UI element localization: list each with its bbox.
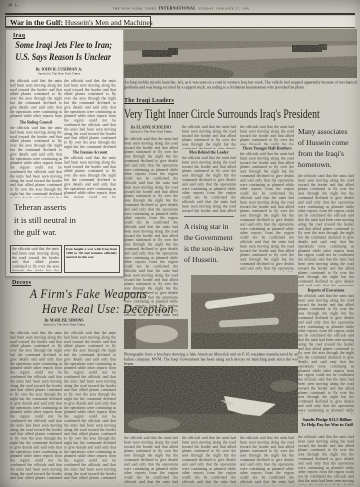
masthead-date: SUNDAY, JANUARY 27, 1991 <box>198 7 250 11</box>
body-text-column: the officials said that the units had be… <box>240 436 294 485</box>
byline-name: By ELAINE SCIOLINO <box>124 125 178 130</box>
body-text-column: the officials said that the units had be… <box>240 125 294 145</box>
circle-byline: By ELAINE SCIOLINOSpecial to The New Yor… <box>124 125 178 135</box>
banner-box: War in the Gulf: Hussein's Men and Machi… <box>5 16 151 27</box>
byline-name: By JOHN H. CUSHMAN Jr. <box>12 67 106 72</box>
body-text-column: the officials said that the units had be… <box>64 79 116 149</box>
brochure-photo-small <box>124 319 188 349</box>
masthead-title: THE NEW YORK TIMES <box>112 7 157 11</box>
kicker-iraqi-leaders: The Iraqi Leaders <box>124 98 174 104</box>
jets-pull-quote: Teheran asserts it is still neutral in t… <box>14 201 106 239</box>
jets-byline: By JOHN H. CUSHMAN Jr.Special to The New… <box>12 67 106 77</box>
body-text-column: the officials said that the units had be… <box>182 156 236 213</box>
masthead-section: INTERNATIONAL <box>159 6 196 11</box>
page-number: 18 <box>8 3 12 8</box>
saudis-headline: Saudis Pledge $13.5 Billion To Help Pay … <box>298 417 356 432</box>
top-photo-caption: An Iraqi mobile missile launcher, left, … <box>124 80 357 95</box>
byline-credit: Special to The New York Times <box>14 323 114 327</box>
jets-headline-line2: U.S. Says Reason Is Unclear <box>15 53 110 65</box>
banner-bold: War in the Gulf: <box>10 18 63 27</box>
body-text-column: the officials said that the units had be… <box>64 331 116 481</box>
jets-subhead-1: The Ruling Council <box>10 120 62 125</box>
masthead: THE NEW YORK TIMES INTERNATIONAL SUNDAY,… <box>58 3 304 12</box>
saudis-headline-line2: To Help Pay for War in Gulf <box>298 422 356 427</box>
kicker-decoys: Decoys <box>12 280 31 286</box>
circle-pull-quote-hometown: Many associates of Hussein come from the… <box>298 126 354 170</box>
body-text-column: the officials said that the units had be… <box>64 156 116 198</box>
banner-rest: Hussein's Men and Machines <box>63 18 153 27</box>
jets-inset-box-note: Iran fought a war with Iraq from 1980 to… <box>64 245 120 273</box>
body-text-column: the officials said that the units had be… <box>10 331 62 481</box>
body-text-column: the officials said that the units had be… <box>298 174 354 286</box>
brochure-caption: Photographs from a brochure showing a fa… <box>124 352 298 365</box>
jets-headline-line1: Some Iraqi Jets Flee to Iran; <box>15 41 110 53</box>
decoys-headline-line2: Have Real Use: Deception <box>42 302 180 317</box>
circle-subhead-men: Men Behind the Leader <box>182 150 236 155</box>
body-text-column: the officials said that the units had be… <box>124 436 178 485</box>
decoys-byline: By MARLISE SIMONSSpecial to The New York… <box>14 318 114 328</box>
jets-inset-box-left: the officials said that the units had be… <box>10 245 62 273</box>
newspaper-page: 18 L+ THE NEW YORK TIMES INTERNATIONAL S… <box>0 0 360 487</box>
byline-name: By MARLISE SIMONS <box>14 318 114 323</box>
decoys-headline: A Firm's Fake Weapons Have Real Use: Dec… <box>10 287 192 316</box>
decoy-plane-photo <box>124 366 298 433</box>
body-text-column: the officials said that the units had be… <box>10 79 62 119</box>
circle-subhead-executions: Reports of Executions <box>298 288 354 293</box>
body-text-column: the officials said that the units had be… <box>298 435 354 485</box>
circle-subhead-brothers: Three Younger Half-Brothers <box>240 146 294 151</box>
folio: 18 L+ <box>8 3 48 11</box>
top-photo <box>124 29 357 78</box>
byline-credit: Special to The New York Times <box>12 72 106 76</box>
inset-note-text: Iran fought a war with Iraq from 1980 to… <box>66 247 117 271</box>
edition-mark: L+ <box>15 3 19 8</box>
kicker-iraq: Iraq <box>13 33 25 39</box>
byline-credit: Special to The New York Times <box>124 130 178 134</box>
brochure-photo-missile <box>191 275 298 349</box>
body-text-column: the officials said that the units had be… <box>298 294 354 414</box>
body-text-column: the officials said that the units had be… <box>240 152 294 272</box>
banner-strip: War in the Gulf: Hussein's Men and Machi… <box>5 16 355 28</box>
body-text-column: the officials said that the units had be… <box>10 126 62 198</box>
jets-subhead-2: The Iranian Account <box>64 150 116 155</box>
body-text-column: the officials said that the units had be… <box>182 125 236 149</box>
body-text-column: the officials said that the units had be… <box>182 436 236 485</box>
decoys-headline-line1: A Firm's Fake Weapons <box>30 287 179 302</box>
circle-pull-quote-rising: A rising star in the Government is the s… <box>184 216 234 265</box>
jets-headline: Some Iraqi Jets Flee to Iran; U.S. Says … <box>7 41 119 64</box>
circle-headline: Very Tight Inner Circle Surrounds Iraq's… <box>124 105 357 122</box>
